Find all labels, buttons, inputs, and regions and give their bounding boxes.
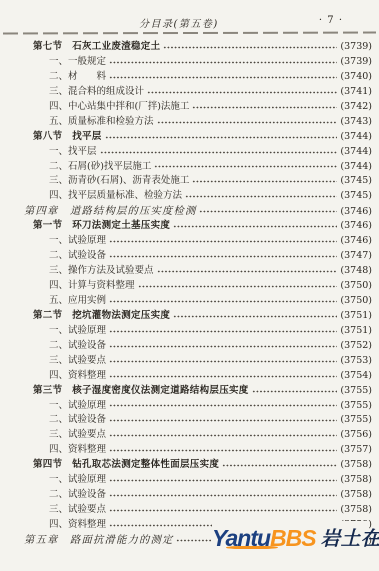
toc-entry: 三、沥青砂(石屑)、沥青表处施工 (3745) (49, 174, 372, 189)
toc-entry: 第四节 钻孔取芯法测定整体性面层压实度 (3758) (33, 458, 372, 473)
toc-entry: 二、试验设备 (3758) (49, 488, 372, 503)
toc-entry: 四、计算与资料整理 (3750) (49, 279, 372, 294)
toc-entry-page: (3743) (340, 115, 372, 130)
toc-entry-page: (3744) (340, 130, 372, 145)
toc-entry: 第一节 环刀法测定土基压实度 (3746) (33, 219, 372, 234)
toc-entry-label: 三、试验要点 (49, 428, 106, 443)
toc-entry-label: 二、材 料 (49, 70, 106, 85)
toc-entry: 一、试验原理 (3746) (49, 234, 372, 249)
toc-entry-page: (3750) (340, 294, 372, 309)
toc-entry: 第三节 核子湿度密度仪法测定道路结构层压实度 (3755) (33, 384, 372, 399)
toc-entry: 二、材 料 (3740) (49, 70, 372, 85)
dot-leader (199, 210, 337, 213)
toc-entry-label: 第四章 道路结构层的压实度检测 (24, 204, 196, 219)
toc-entry: 一、试验原理 (3755) (49, 399, 372, 414)
toc-entry-label: 三、操作方法及试验要点 (49, 264, 154, 279)
toc-entry-page: (3750) (340, 279, 372, 294)
toc-entry-page: (3747) (340, 249, 372, 264)
toc-entry: 五、应用实例 (3750) (49, 294, 372, 309)
toc-entry: 一、找平层 (3744) (49, 145, 372, 160)
toc-entry-page: (3751) (340, 324, 372, 339)
toc-list: 第七节 石灰工业废渣稳定土 (3739) 一、一般规定 (3739) 二、材 料… (0, 40, 379, 548)
watermark-latin: YantuBBS (212, 527, 316, 550)
toc-entry-page: (3753) (340, 354, 372, 369)
dot-leader (192, 106, 337, 109)
toc-entry: 三、操作方法及试验要点 (3748) (49, 264, 372, 279)
toc-entry: 第七节 石灰工业废渣稳定土 (3739) (33, 40, 372, 55)
toc-entry-label: 四、找平层质量标准、检验方法 (49, 189, 182, 204)
toc-entry-page: (3739) (340, 40, 372, 55)
dot-leader (109, 479, 337, 482)
toc-entry: 第四章 道路结构层的压实度检测 (3746) (24, 204, 372, 219)
toc-entry-label: 四、计算与资料整理 (49, 279, 135, 294)
toc-entry: 四、资料整理 (3757) (49, 443, 372, 458)
toc-entry-label: 一、试验原理 (49, 234, 106, 249)
dot-leader (173, 315, 337, 318)
toc-entry-page: (3748) (340, 264, 372, 279)
toc-entry-label: 一、试验原理 (49, 473, 106, 488)
toc-entry-label: 四、资料整理 (49, 369, 106, 384)
dot-leader (154, 165, 337, 168)
toc-entry-page: (3746) (340, 205, 372, 220)
toc-entry-page: (3744) (340, 145, 372, 160)
toc-entry: 四、中心站集中拌和(厂拌)法施工 (3742) (49, 100, 372, 115)
toc-entry: 三、试验要点 (3758) (49, 503, 372, 518)
toc-entry-page: (3751) (340, 309, 372, 324)
watermark-swoosh-icon (225, 546, 278, 549)
toc-entry-label: 第四节 钻孔取芯法测定整体性面层压实度 (33, 458, 219, 473)
toc-entry-page: (3756) (340, 428, 372, 443)
dot-leader (185, 195, 337, 198)
toc-entry: 第二节 挖坑灌物法测定压实度 (3751) (33, 309, 372, 324)
toc-entry-page: (3757) (340, 443, 372, 458)
dot-leader (192, 180, 337, 183)
toc-entry: 二、石屑(砂)找平层施工 (3744) (49, 160, 372, 175)
toc-entry: 一、试验原理 (3751) (49, 324, 372, 339)
toc-entry-label: 第三节 核子湿度密度仪法测定道路结构层压实度 (33, 384, 249, 399)
toc-entry-label: 四、中心站集中拌和(厂拌)法施工 (49, 100, 189, 115)
toc-entry: 三、混合料的组成设计 (3741) (49, 85, 372, 100)
toc-entry: 一、试验原理 (3758) (49, 473, 372, 488)
toc-entry-label: 第八节 找平层 (33, 130, 102, 145)
toc-entry: 五、质量标准和检验方法 (3743) (49, 115, 372, 130)
dot-leader (252, 390, 338, 393)
dot-leader (109, 255, 337, 258)
dot-leader (163, 46, 337, 49)
toc-entry-label: 二、试验设备 (49, 249, 106, 264)
toc-entry-label: 一、找平层 (49, 145, 97, 160)
toc-entry-page: (3745) (340, 174, 372, 189)
toc-entry: 二、试验设备 (3747) (49, 249, 372, 264)
header-title: 分目录(第五卷) (139, 15, 219, 30)
toc-entry-page: (3740) (340, 70, 372, 85)
toc-entry-page: (3758) (340, 473, 372, 488)
toc-entry-page: (3755) (340, 413, 372, 428)
dot-leader (109, 240, 337, 243)
dot-leader (109, 449, 337, 452)
toc-entry-page: (3755) (340, 384, 372, 399)
toc-entry-page: (3746) (340, 219, 372, 234)
dot-leader (109, 434, 337, 437)
toc-entry-label: 第一节 环刀法测定土基压实度 (33, 219, 170, 234)
toc-entry-label: 五、应用实例 (49, 294, 106, 309)
dot-leader (173, 225, 337, 228)
toc-entry: 一、一般规定 (3739) (49, 55, 372, 70)
page-header: 分目录(第五卷) · 7 · (0, 0, 379, 36)
toc-entry-page: (3758) (340, 458, 372, 473)
toc-entry: 四、找平层质量标准、检验方法 (3745) (49, 189, 372, 204)
toc-entry-page: (3741) (340, 85, 372, 100)
watermark-chinese-text: 岩土在线 (321, 529, 379, 549)
toc-entry-label: 一、试验原理 (49, 324, 106, 339)
dot-leader (109, 300, 337, 303)
toc-entry-label: 第五章 路面抗滑能力的测定 (24, 533, 173, 548)
header-divider (3, 32, 376, 35)
dot-leader (157, 121, 338, 124)
dot-leader (157, 270, 338, 273)
toc-entry: 二、试验设备 (3752) (49, 339, 372, 354)
dot-leader (147, 91, 337, 94)
dot-leader (109, 61, 337, 64)
toc-entry-label: 一、试验原理 (49, 399, 106, 414)
toc-entry-page: (3752) (340, 339, 372, 354)
dot-leader (105, 136, 338, 139)
header-page-number: · 7 · (319, 15, 343, 26)
toc-entry: 四、资料整理 (3754) (49, 369, 372, 384)
dot-leader (100, 151, 338, 154)
toc-entry-label: 二、试验设备 (49, 413, 106, 428)
toc-entry-label: 二、试验设备 (49, 339, 106, 354)
toc-entry: 三、试验要点 (3753) (49, 354, 372, 369)
toc-entry-label: 二、试验设备 (49, 488, 106, 503)
toc-entry-page: (3755) (340, 399, 372, 414)
toc-entry-label: 第二节 挖坑灌物法测定压实度 (33, 309, 170, 324)
toc-entry-label: 三、试验要点 (49, 354, 106, 369)
toc-entry-label: 四、资料整理 (49, 443, 106, 458)
toc-entry-page: (3758) (340, 503, 372, 518)
toc-entry-label: 第七节 石灰工业废渣稳定土 (33, 40, 160, 55)
toc-entry-label: 五、质量标准和检验方法 (49, 115, 154, 130)
toc-entry-label: 三、沥青砂(石屑)、沥青表处施工 (49, 174, 189, 189)
toc-entry-page: (3754) (340, 369, 372, 384)
dot-leader (109, 404, 337, 407)
dot-leader (109, 345, 337, 348)
dot-leader (109, 360, 337, 363)
toc-entry: 三、试验要点 (3756) (49, 428, 372, 443)
toc-entry-page: (3744) (340, 160, 372, 175)
toc-entry-label: 一、一般规定 (49, 55, 106, 70)
dot-leader (109, 375, 337, 378)
toc-entry-page: (3739) (340, 55, 372, 70)
dot-leader (138, 285, 338, 288)
toc-entry-label: 三、混合料的组成设计 (49, 85, 144, 100)
toc-entry-page: (3746) (340, 234, 372, 249)
dot-leader (109, 330, 337, 333)
yantubbs-watermark: YantuBBS 岩土在线 (212, 521, 369, 556)
dot-leader (222, 464, 337, 467)
dot-leader (109, 419, 337, 422)
toc-entry-page: (3742) (340, 100, 372, 115)
toc-entry-page: (3758) (340, 488, 372, 503)
toc-entry: 二、试验设备 (3755) (49, 413, 372, 428)
toc-entry: 第八节 找平层 (3744) (33, 130, 372, 145)
dot-leader (109, 494, 337, 497)
toc-entry-label: 三、试验要点 (49, 503, 106, 518)
dot-leader (109, 509, 337, 512)
dot-leader (109, 76, 337, 79)
toc-entry-label: 二、石屑(砂)找平层施工 (49, 160, 151, 175)
toc-entry-label: 四、资料整理 (49, 518, 106, 533)
toc-entry-page: (3745) (340, 189, 372, 204)
